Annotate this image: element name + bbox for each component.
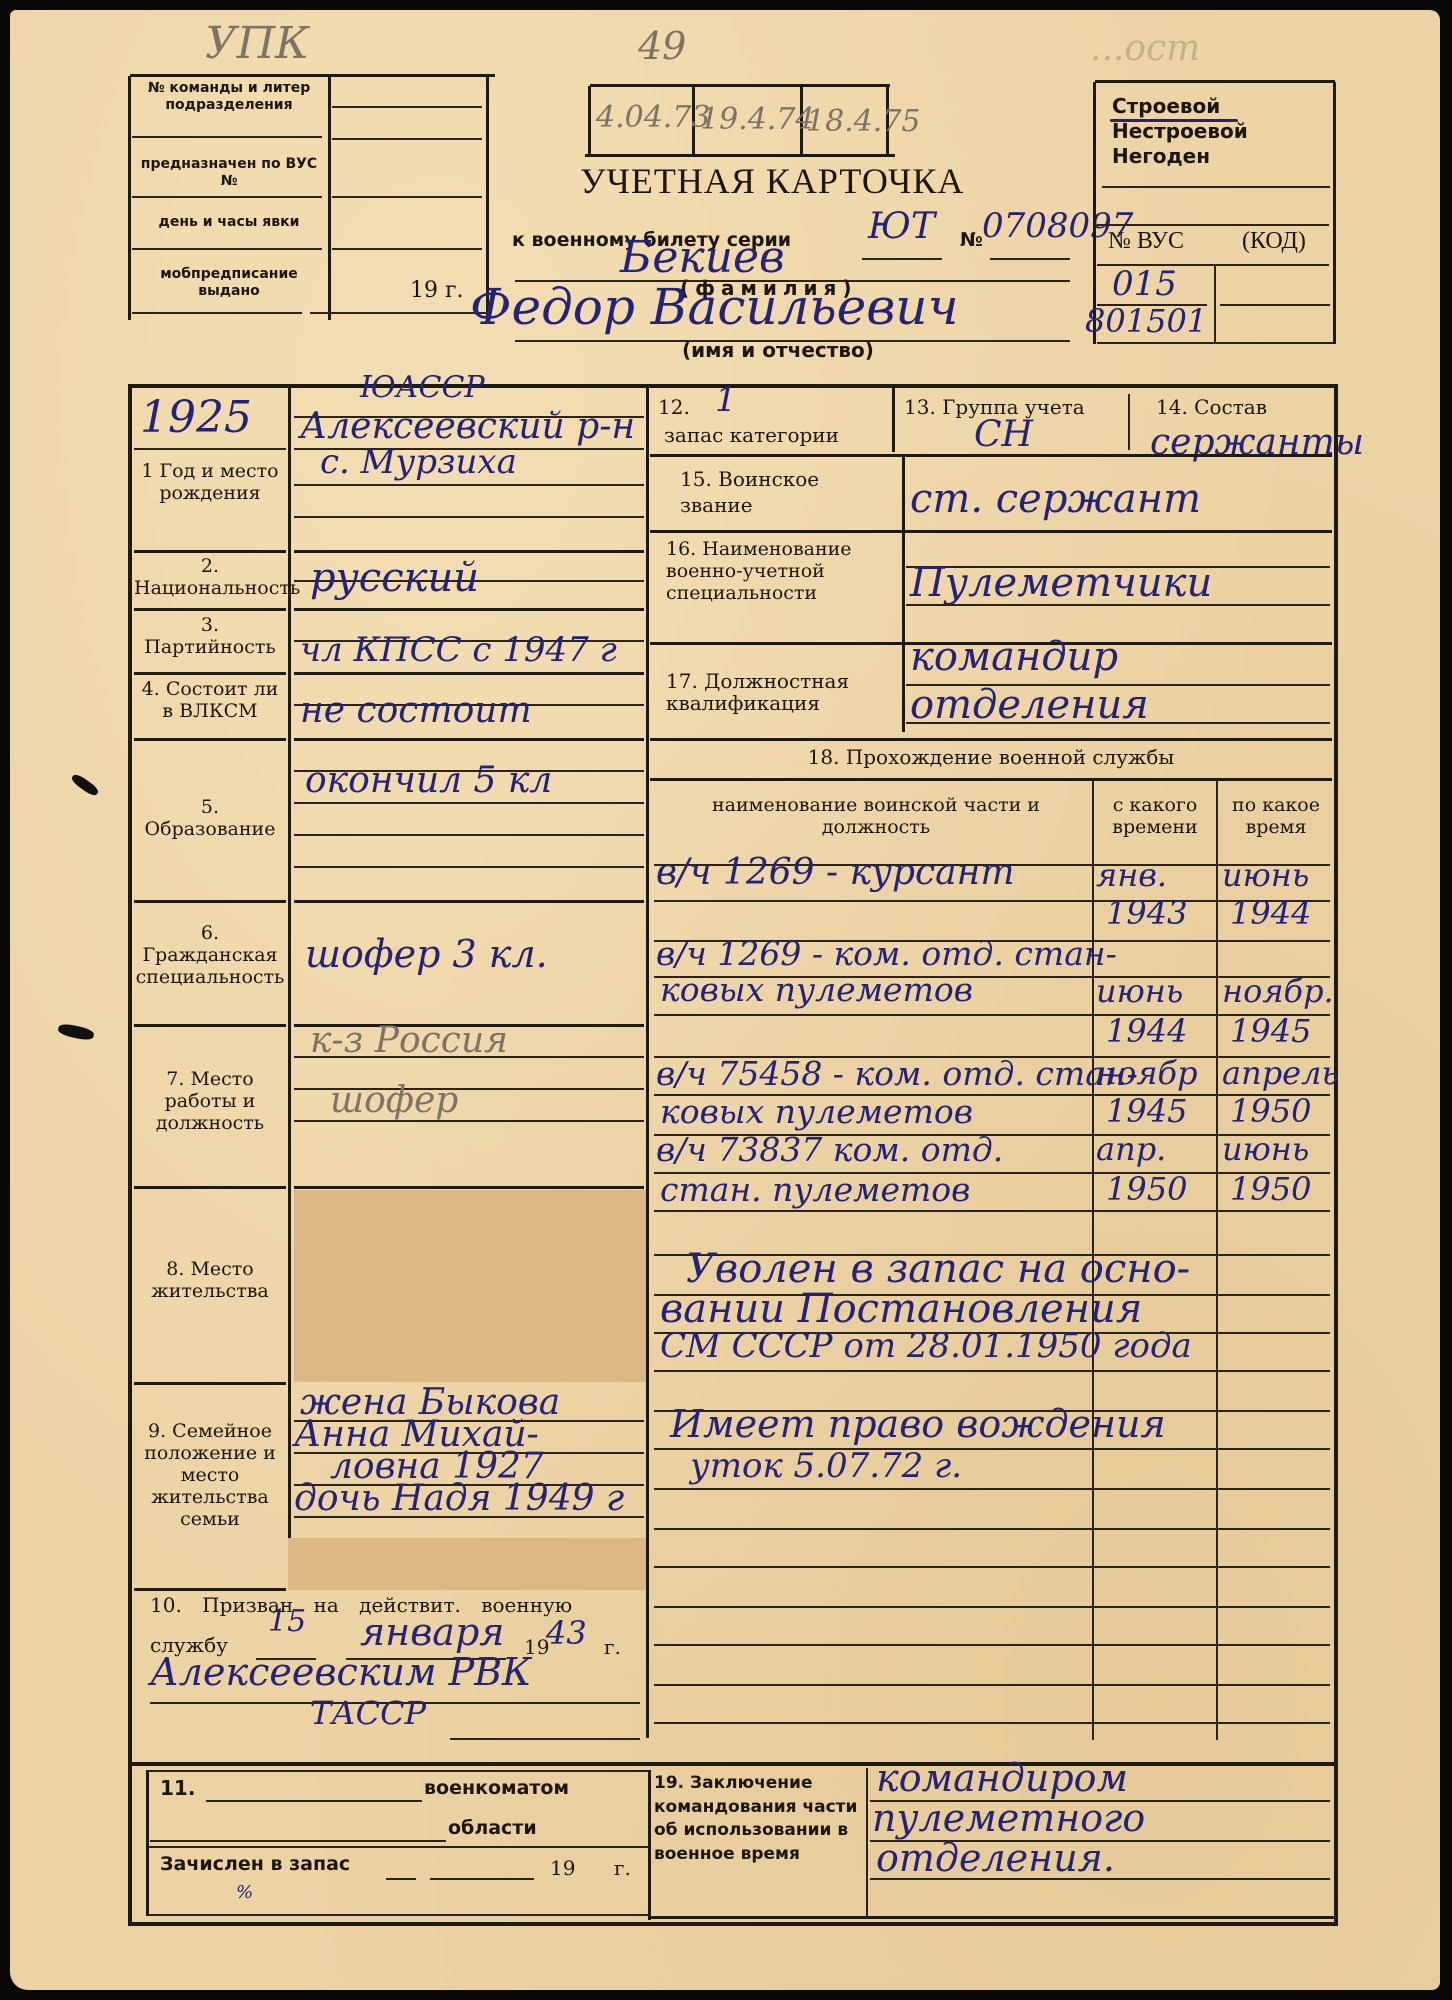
field-12-num: 12. [658, 396, 690, 418]
qualification-line-1: командир [910, 634, 1118, 680]
field-15-label: 15. Воинское звание [680, 466, 890, 518]
birthplace-line-3: с. Мурзиха [320, 442, 517, 482]
report-time-label: день и часы явки [134, 214, 324, 231]
service-row-6-from: ноябр [1096, 1054, 1198, 1092]
card-title: УЧЕТНАЯ КАРТОЧКА [580, 160, 964, 202]
field-6-label: 6. Гражданская специальность [134, 922, 286, 988]
field-3-label: 3. Партийность [134, 614, 286, 658]
field-17-label: 17. Должностная квалификация [666, 670, 894, 714]
family-line-4: дочь Надя 1949 г [294, 1478, 624, 1519]
service-row-7-unit: ковых пулеметов [660, 1092, 973, 1131]
service-row-1-unit: в/ч 1269 - курсант [656, 852, 1015, 893]
enlisted-year-prefix: 19 [550, 1856, 575, 1880]
accounting-group-value: СН [974, 414, 1033, 455]
service-note-3: СМ СССР от 28.01.1950 года [660, 1326, 1192, 1366]
col-from-header: с какого времени [1096, 794, 1214, 838]
region-label: области [448, 1820, 537, 1837]
draft-month: января [360, 1610, 504, 1654]
service-row-3-unit: в/ч 1269 - ком. отд. стан- [656, 934, 1117, 973]
service-row-5-from: 1944 [1106, 1012, 1187, 1050]
vus-value-2: 801501 [1085, 302, 1207, 340]
service-row-1-from: янв. [1096, 856, 1167, 894]
redacted-family-residence [288, 1538, 646, 1590]
field-9-label: 9. Семейное положение и место жительства… [134, 1420, 286, 1530]
service-row-9-unit: стан. пулеметов [660, 1170, 970, 1209]
draft-day: 15 [268, 1604, 306, 1639]
field-7-label: 7. Место работы и должность [134, 1068, 286, 1134]
specialty-value: Пулеметчики [910, 560, 1212, 606]
civil-specialty-value: шофер 3 кл. [305, 932, 548, 976]
service-row-5-to: 1945 [1230, 1012, 1311, 1050]
col-to-header: по какое время [1220, 794, 1332, 838]
service-note-5: уток 5.07.72 г. [690, 1446, 962, 1486]
mob-order-year: 19 г. [410, 278, 464, 303]
service-row-4-unit: ковых пулеметов [660, 970, 973, 1009]
service-row-2-to: 1944 [1230, 894, 1311, 932]
ticket-series: ЮТ [868, 206, 935, 247]
reserve-mark: % [236, 1882, 253, 1903]
enlisted-reserve-label: Зачислен в запас [160, 1856, 350, 1873]
commissariat-label: военкоматом [424, 1780, 569, 1797]
field-8-label: 8. Место жительства [134, 1258, 286, 1302]
service-row-6-unit: в/ч 75458 - ком. отд. стан- [656, 1054, 1138, 1093]
enlisted-year-g: г. [614, 1856, 631, 1880]
field-2-label: 2. Национальность [134, 555, 286, 599]
vus-value-1: 015 [1112, 264, 1177, 304]
redacted-residence [294, 1190, 646, 1382]
nationality-value: русский [310, 555, 479, 601]
draft-office-line-2: ТАССР [310, 1694, 426, 1732]
service-row-9-to: 1950 [1230, 1170, 1311, 1208]
service-title: 18. Прохождение военной службы [650, 746, 1332, 768]
command-number-label: № команды и литер подразделения [134, 80, 324, 114]
komsomol-value: не состоит [300, 690, 532, 731]
service-row-9-from: 1950 [1106, 1170, 1187, 1208]
name-patronymic-value: Федор Васильевич [470, 278, 959, 336]
birthplace-line-1: ЮАССР [360, 370, 485, 405]
reserve-num: 11. [160, 1780, 195, 1797]
binder-hole-mark [70, 772, 100, 797]
field-19-label: 19. Заключение командования части об исп… [654, 1772, 864, 1866]
service-row-7-to: 1950 [1230, 1092, 1311, 1130]
field-4-label: 4. Состоит ли в ВЛКСМ [134, 678, 286, 722]
service-row-8-unit: в/ч 73837 ком. отд. [656, 1130, 1003, 1169]
field-14-label: 14. Состав [1156, 396, 1267, 418]
service-note-4: Имеет право вождения [670, 1402, 1166, 1446]
field-16-label: 16. Наименование военно-учетной специаль… [666, 538, 894, 604]
fitness-option-stroevoy: Строевой [1112, 94, 1220, 119]
service-row-6-to: апрель [1222, 1054, 1339, 1092]
service-row-4-from: июнь [1096, 972, 1183, 1010]
draft-year-g: г. [604, 1636, 621, 1658]
conclusion-line-3: отделения. [876, 1836, 1115, 1880]
date-box-1: 4.04.73 [596, 100, 711, 135]
service-row-7-from: 1945 [1106, 1092, 1187, 1130]
education-value: окончил 5 кл [305, 760, 552, 801]
pencil-note-top-left: УПК [205, 18, 309, 69]
date-box-2: 19.4.74 [700, 102, 815, 137]
date-box-3: 18.4.75 [806, 104, 921, 139]
code-header: (КОД) [1242, 228, 1306, 255]
mob-order-label: мобпредписание выдано [134, 266, 324, 300]
conclusion-line-2: пулеметного [872, 1796, 1145, 1840]
workplace-line-1: к-з Россия [310, 1020, 508, 1061]
field-1-label: 1 Год и место рождения [134, 460, 286, 504]
vus-header: № ВУС [1108, 228, 1184, 255]
pencil-note-top-right: ...ост [1090, 28, 1200, 69]
service-row-8-from: апр. [1096, 1130, 1166, 1168]
vus-assigned-label: предназначен по ВУС № [134, 156, 324, 190]
field-12-label: запас категории [664, 424, 839, 446]
service-row-4-to: ноябр. [1222, 972, 1334, 1010]
service-row-8-to: июнь [1222, 1130, 1309, 1168]
birthplace-line-2: Алексеевский р-н [300, 406, 635, 447]
service-row-1-to: июнь [1222, 856, 1309, 894]
rank-value: ст. сержант [910, 476, 1201, 522]
party-value: чл КПСС с 1947 г [300, 630, 617, 670]
birth-year-value: 1925 [140, 392, 252, 443]
fitness-option-nestroevoy: Нестроевой [1112, 119, 1248, 144]
col-unit-header: наименование воинской части и должность [666, 794, 1086, 838]
draft-office-line-1: Алексеевским РВК [150, 1650, 531, 1694]
conclusion-line-1: командиром [876, 1756, 1128, 1800]
name-caption: (имя и отчество) [682, 342, 874, 359]
workplace-line-2: шофер [330, 1080, 458, 1121]
fitness-option-negoden: Негоден [1112, 144, 1210, 169]
draft-year-suffix: 43 [546, 1614, 587, 1652]
field-5-label: 5. Образование [134, 796, 286, 840]
pencil-note-top-center: 49 [638, 24, 686, 68]
service-row-2-from: 1943 [1106, 894, 1187, 932]
reserve-category-value: 1 [715, 380, 737, 420]
binder-hole-mark [57, 1022, 95, 1041]
registration-card: УПК 49 ...ост № команды и литер подразде… [10, 10, 1440, 1990]
ticket-number-sign: № [960, 232, 983, 249]
